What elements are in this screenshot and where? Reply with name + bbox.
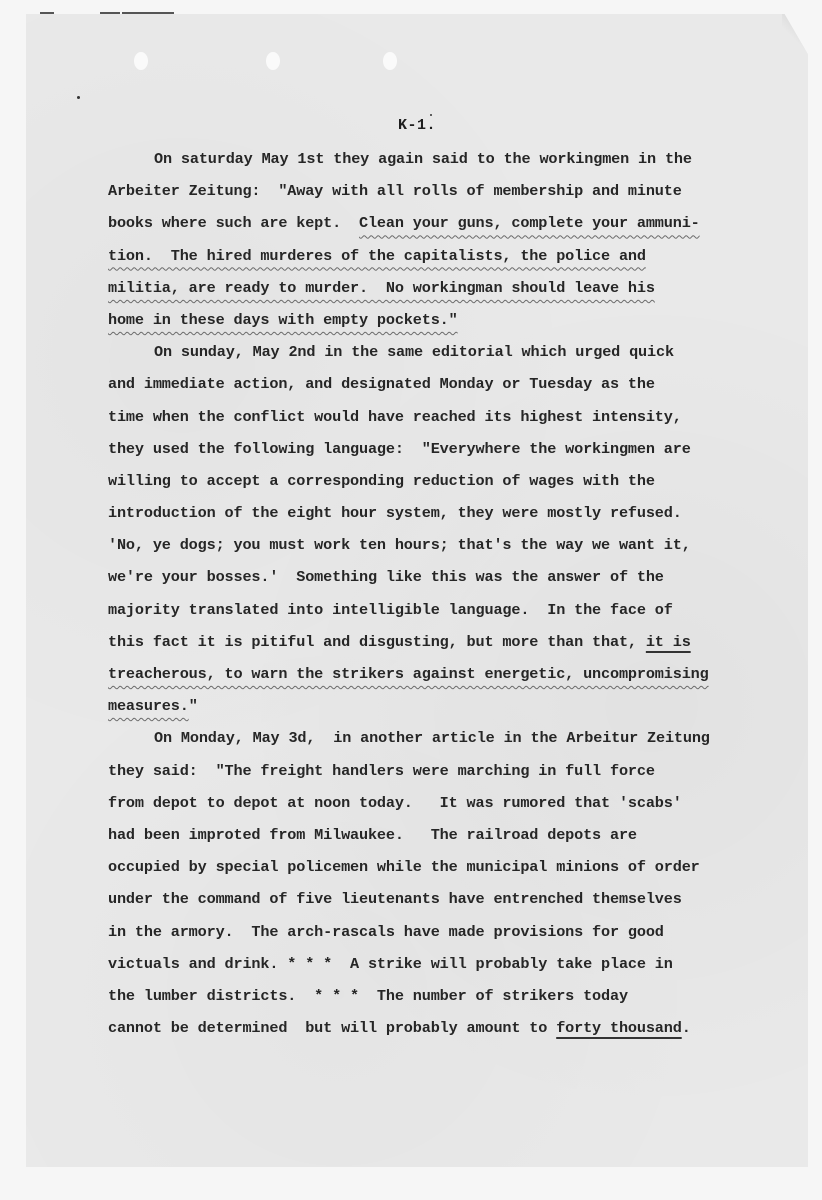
text-line: the lumber districts. * * * The number o… <box>108 980 778 1012</box>
underlined-text: forty thousand <box>556 1019 682 1037</box>
text-segment: 'No, ye dogs; you must work ten hours; t… <box>108 536 691 554</box>
text-segment: On Monday, May 3d, in another article in… <box>154 729 710 747</box>
text-segment: from depot to depot at noon today. It wa… <box>108 794 682 812</box>
underlined-text: treacherous, to warn the strikers agains… <box>108 665 709 683</box>
underlined-text: militia, are ready to murder. No working… <box>108 279 655 297</box>
text-segment: Arbeiter Zeitung: "Away with all rolls o… <box>108 182 682 200</box>
text-segment: this fact it is pitiful and disgusting, … <box>108 633 646 651</box>
underlined-text: Clean your guns, complete your ammuni- <box>359 214 700 232</box>
text-segment: books where such are kept. <box>108 214 359 232</box>
paragraph: On saturday May 1st they again said to t… <box>108 143 778 336</box>
text-line: cannot be determined but will probably a… <box>108 1012 778 1044</box>
text-line: On sunday, May 2nd in the same editorial… <box>108 336 778 368</box>
text-line: victuals and drink. * * * A strike will … <box>108 948 778 980</box>
text-line: and immediate action, and designated Mon… <box>108 368 778 400</box>
text-line: had been improted from Milwaukee. The ra… <box>108 819 778 851</box>
text-line: we're your bosses.' Something like this … <box>108 561 778 593</box>
text-line: majority translated into intelligible la… <box>108 594 778 626</box>
page-label: K-1. <box>26 117 808 134</box>
paragraph: On sunday, May 2nd in the same editorial… <box>108 336 778 722</box>
punch-hole <box>134 52 148 70</box>
text-line: On saturday May 1st they again said to t… <box>108 143 778 175</box>
scan-mark <box>122 12 174 14</box>
underlined-text: measures. <box>108 697 189 715</box>
text-line: introduction of the eight hour system, t… <box>108 497 778 529</box>
underlined-text: home in these days with empty pockets." <box>108 311 458 329</box>
text-segment: On saturday May 1st they again said to t… <box>154 150 692 168</box>
folded-corner <box>782 14 808 54</box>
text-line: from depot to depot at noon today. It wa… <box>108 787 778 819</box>
text-segment: we're your bosses.' Something like this … <box>108 568 664 586</box>
text-segment: time when the conflict would have reache… <box>108 408 682 426</box>
text-segment: On sunday, May 2nd in the same editorial… <box>154 343 674 361</box>
scanned-document: K-1. On saturday May 1st they again said… <box>0 0 822 1200</box>
text-line: willing to accept a corresponding reduct… <box>108 465 778 497</box>
paragraph: On Monday, May 3d, in another article in… <box>108 722 778 1044</box>
text-line: they used the following language: "Every… <box>108 433 778 465</box>
text-line: 'No, ye dogs; you must work ten hours; t… <box>108 529 778 561</box>
text-line: under the command of five lieutenants ha… <box>108 883 778 915</box>
punch-hole <box>266 52 280 70</box>
text-segment: occupied by special policemen while the … <box>108 858 700 876</box>
ink-speck <box>430 114 432 116</box>
text-line: militia, are ready to murder. No working… <box>108 272 778 304</box>
text-segment: " <box>189 697 198 715</box>
text-line: On Monday, May 3d, in another article in… <box>108 722 778 754</box>
text-line: they said: "The freight handlers were ma… <box>108 755 778 787</box>
text-segment: majority translated into intelligible la… <box>108 601 673 619</box>
text-segment: in the armory. The arch-rascals have mad… <box>108 923 664 941</box>
scan-mark <box>40 12 54 14</box>
punch-hole <box>383 52 397 70</box>
scan-edge-marks <box>0 0 822 14</box>
text-segment: victuals and drink. * * * A strike will … <box>108 955 673 973</box>
text-segment: cannot be determined but will probably a… <box>108 1019 556 1037</box>
text-line: treacherous, to warn the strikers agains… <box>108 658 778 690</box>
text-segment: . <box>682 1019 691 1037</box>
text-line: measures." <box>108 690 778 722</box>
text-line: books where such are kept. Clean your gu… <box>108 207 778 239</box>
text-segment: the lumber districts. * * * The number o… <box>108 987 628 1005</box>
text-segment: willing to accept a corresponding reduct… <box>108 472 655 490</box>
underlined-text: tion. The hired murderes of the capitali… <box>108 247 646 265</box>
text-line: home in these days with empty pockets." <box>108 304 778 336</box>
text-segment: they used the following language: "Every… <box>108 440 691 458</box>
text-segment: they said: "The freight handlers were ma… <box>108 762 655 780</box>
text-segment: and immediate action, and designated Mon… <box>108 375 655 393</box>
text-line: in the armory. The arch-rascals have mad… <box>108 916 778 948</box>
text-line: occupied by special policemen while the … <box>108 851 778 883</box>
ink-speck <box>77 96 80 99</box>
text-line: time when the conflict would have reache… <box>108 401 778 433</box>
underlined-text: it is <box>646 633 691 651</box>
text-line: tion. The hired murderes of the capitali… <box>108 240 778 272</box>
text-segment: introduction of the eight hour system, t… <box>108 504 682 522</box>
scan-mark <box>100 12 120 14</box>
text-line: Arbeiter Zeitung: "Away with all rolls o… <box>108 175 778 207</box>
text-segment: had been improted from Milwaukee. The ra… <box>108 826 637 844</box>
text-line: this fact it is pitiful and disgusting, … <box>108 626 778 658</box>
text-segment: under the command of five lieutenants ha… <box>108 890 682 908</box>
document-body: On saturday May 1st they again said to t… <box>108 143 778 1044</box>
